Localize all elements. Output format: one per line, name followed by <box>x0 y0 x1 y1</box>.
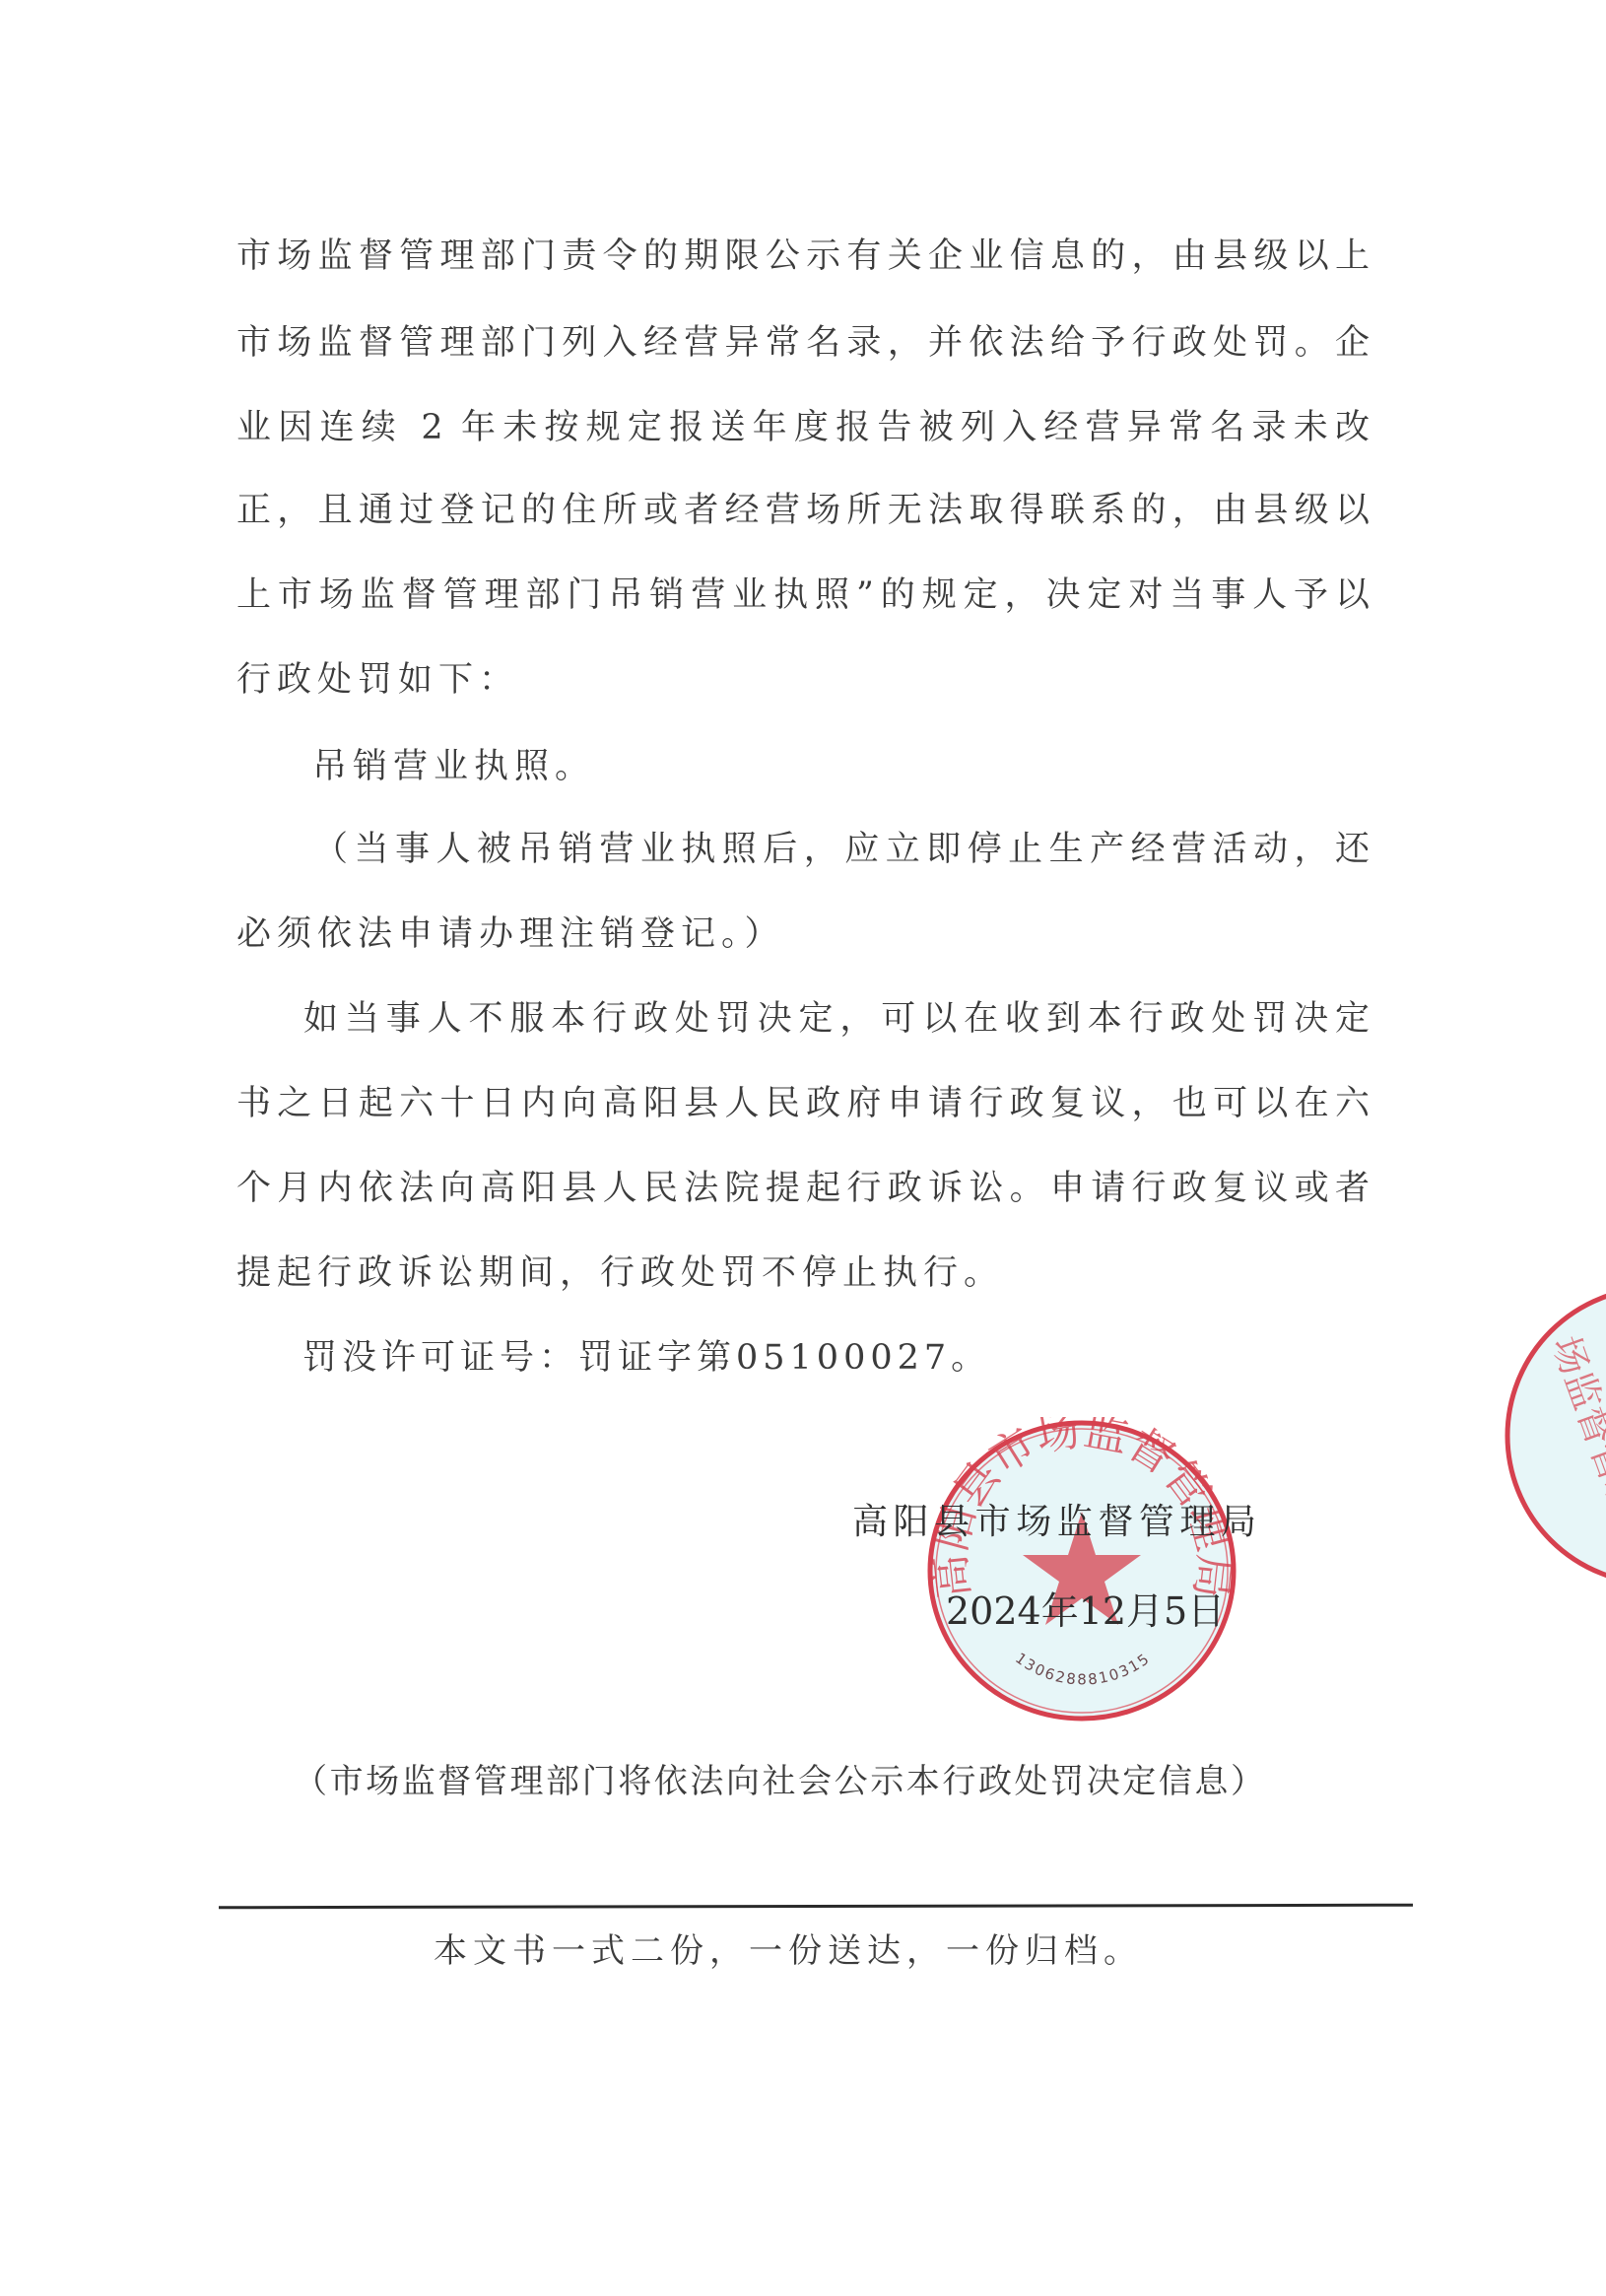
document-page: 市场监督管理部门责令的期限公示有关企业信息的，由县级以上 市场监督管理部门列入经… <box>0 0 1606 2296</box>
penalty-text: 吊销营业执照。 <box>312 745 595 788</box>
penalty-note-line: （当事人被吊销营业执照后，应立即停止生产经营活动，还 <box>313 828 1370 871</box>
issue-date: 2024年12月5日 <box>946 1588 1214 1634</box>
official-seal-icon: 高阳县市场监督管理局 1306288810315 <box>926 1417 1238 1724</box>
penalty-note-line: 必须依法申请办理注销登记。） <box>236 912 785 956</box>
body-text-line: 业因连续 2 年未按规定报送年度报告被列入经营异常名录未改 <box>236 406 1370 449</box>
appeal-text-line: 书之日起六十日内向高阳县人民政府申请行政复议，也可以在六 <box>236 1082 1370 1125</box>
appeal-text-line: 提起行政诉讼期间，行政处罚不停止执行。 <box>236 1251 1004 1295</box>
issuing-authority: 高阳县市场监督管理局 <box>852 1501 1256 1544</box>
appeal-text-line: 个月内依法向高阳县人民法院提起行政诉讼。申请行政复议或者 <box>236 1167 1370 1210</box>
body-text-line: 上市场监督管理部门吊销营业执照”的规定，决定对当事人予以 <box>236 574 1370 617</box>
permit-number: 罚没许可证号：罚证字第05100027。 <box>302 1336 990 1380</box>
footer-note: 本文书一式二份，一份送达，一份归档。 <box>434 1929 1163 1973</box>
appeal-text-line: 如当事人不服本行政处罚决定，可以在收到本行政处罚决定 <box>303 997 1370 1041</box>
seam-seal-icon: 场监督管理 <box>1493 1273 1606 1598</box>
body-text-line: 正，且通过登记的住所或者经营场所无法取得联系的，由县级以 <box>236 489 1370 532</box>
body-text-line: 市场监督管理部门列入经营异常名录，并依法给予行政处罚。企 <box>236 321 1370 365</box>
public-notice: （市场监督管理部门将依法向社会公示本行政处罚决定信息） <box>294 1760 1264 1803</box>
body-text-line: 市场监督管理部门责令的期限公示有关企业信息的，由县级以上 <box>236 235 1370 278</box>
body-text-line: 行政处罚如下： <box>236 658 519 702</box>
divider-line <box>219 1904 1413 1910</box>
